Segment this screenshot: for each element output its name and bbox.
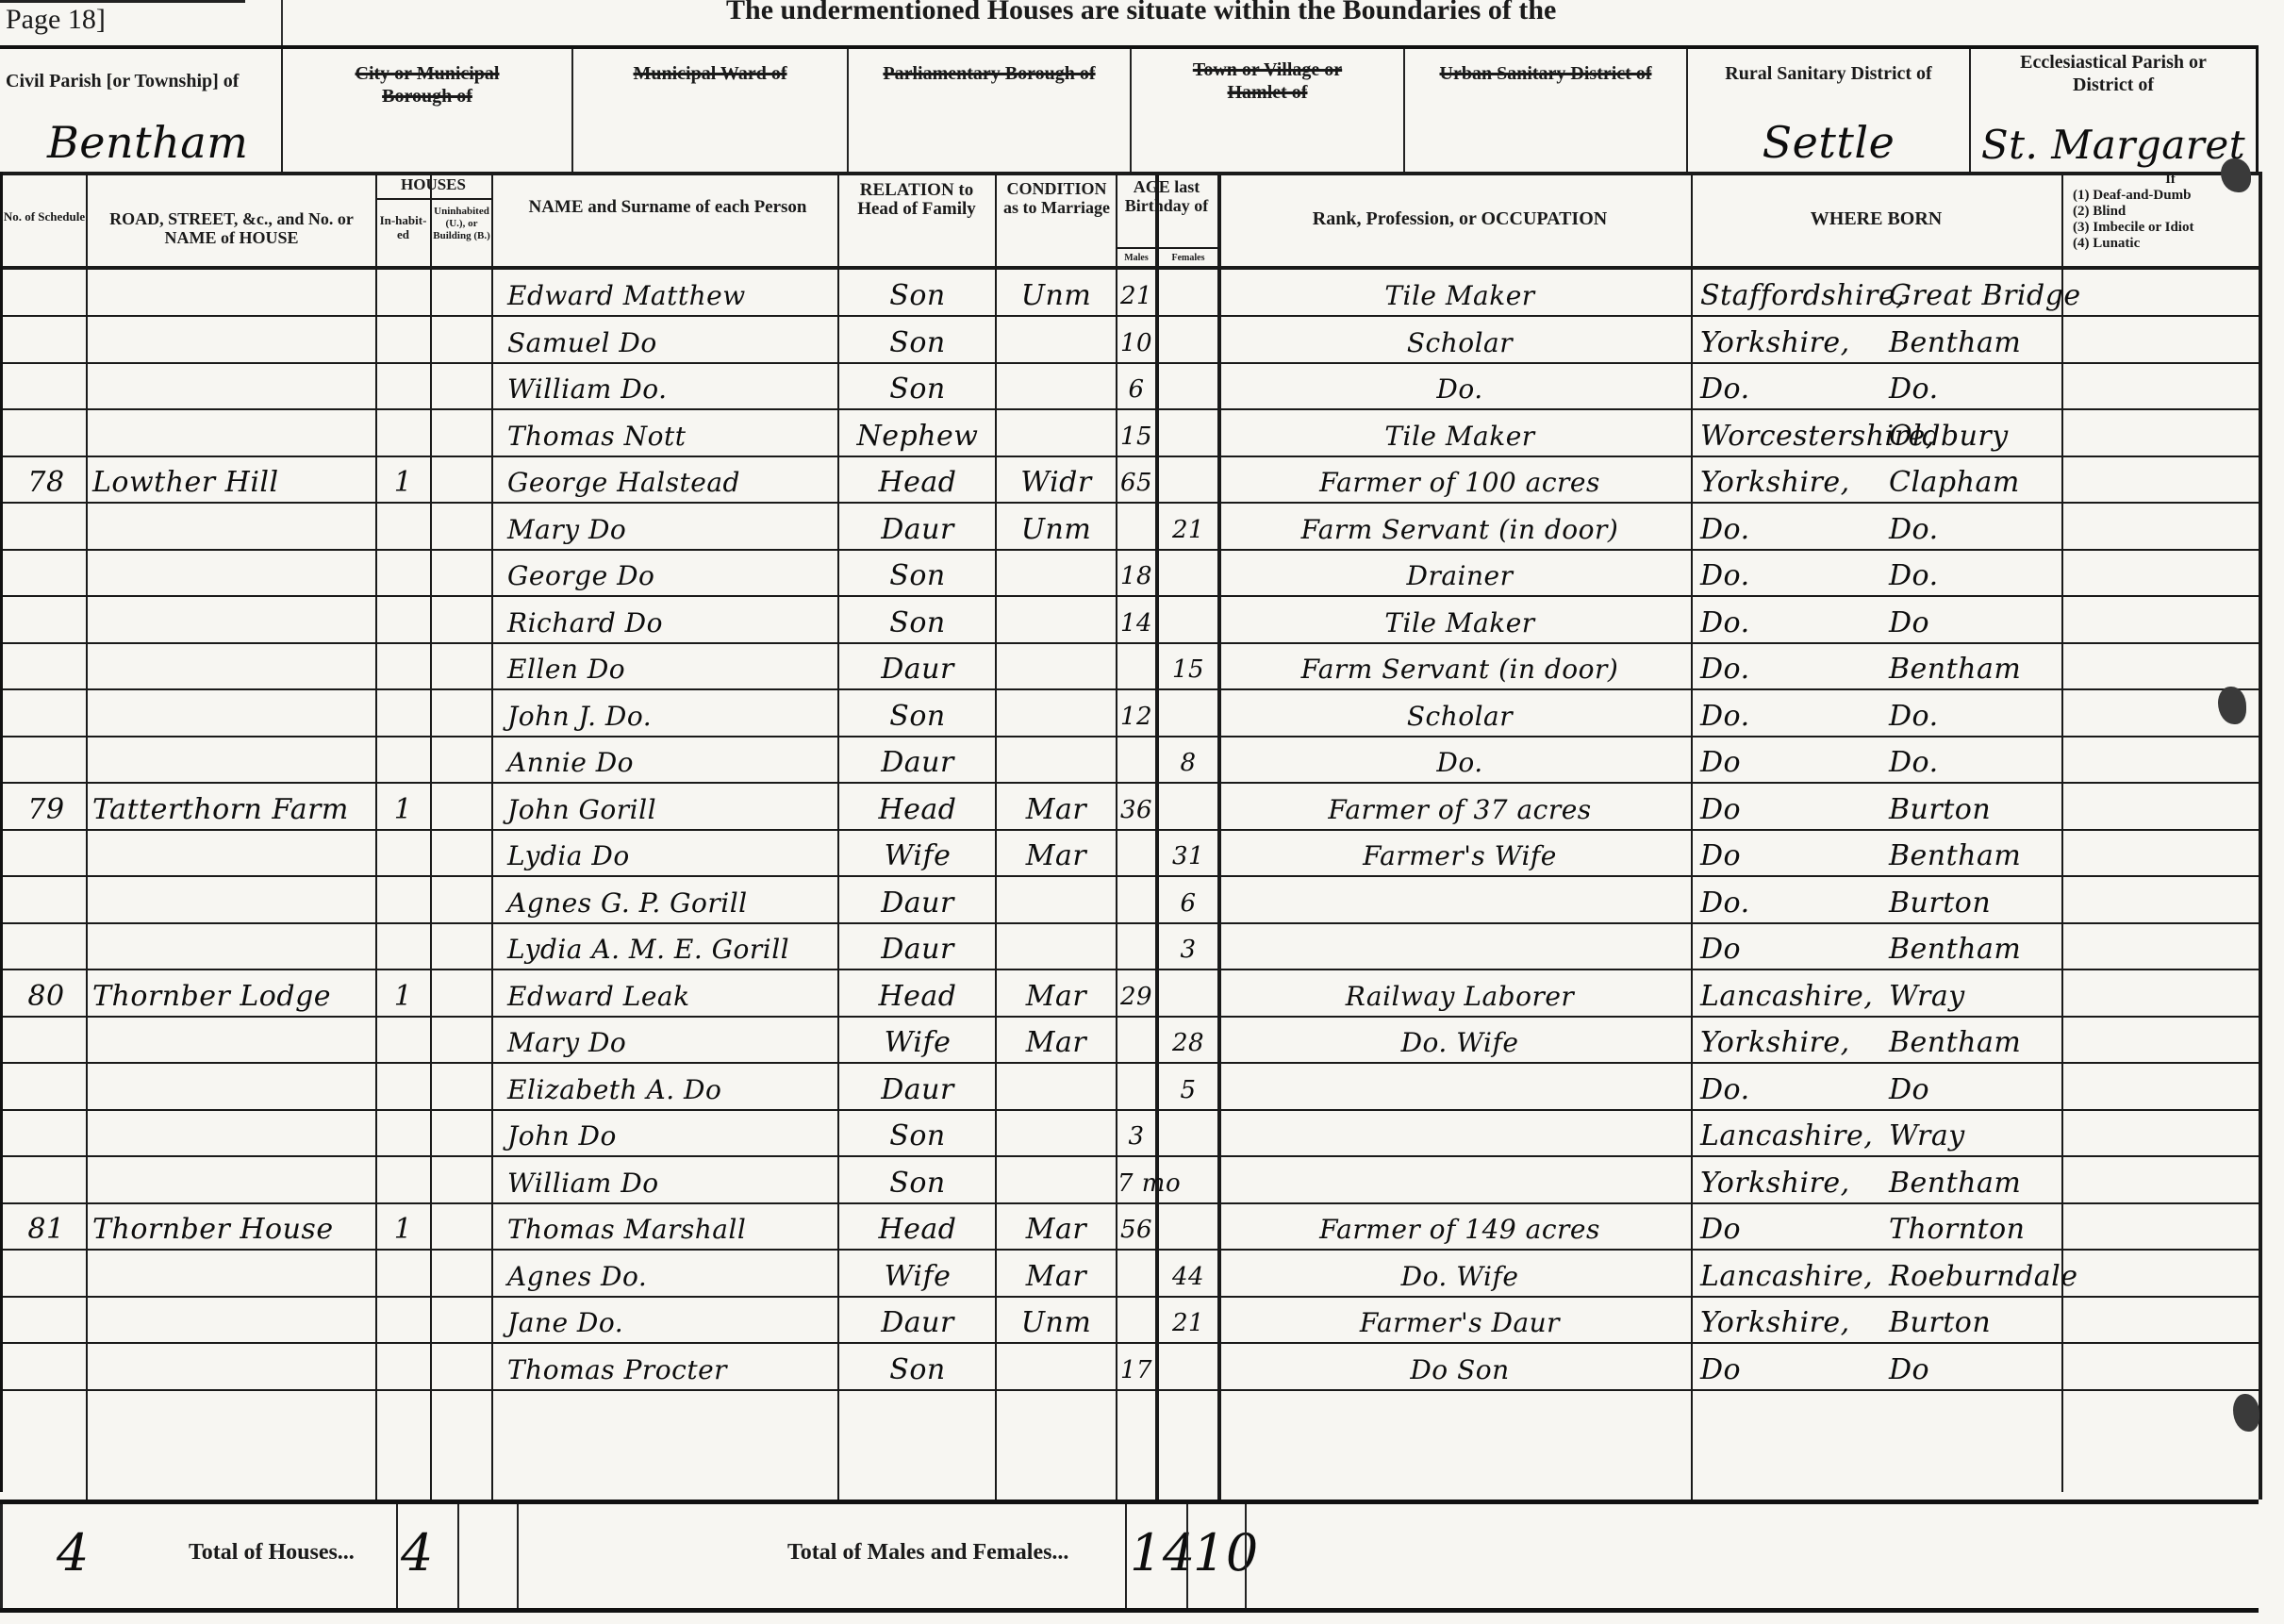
cell-born-county: Do — [1700, 1344, 1879, 1390]
table-row: John J. Do.Son12ScholarDo.Do. — [3, 690, 2261, 737]
cell-name: Edward Matthew — [507, 270, 837, 316]
table-row: Ellen DoDaur15Farm Servant (in door)Do.B… — [3, 643, 2261, 689]
cell-condition — [997, 737, 1116, 783]
cell-relation: Son — [840, 317, 995, 363]
cell-male-age: 65 — [1117, 456, 1155, 503]
cell-schedule — [8, 1110, 84, 1156]
cell-female-age: 44 — [1159, 1251, 1217, 1297]
cell-female-age: 3 — [1159, 923, 1217, 969]
cell-female-age — [1159, 410, 1217, 456]
cell-road — [92, 597, 371, 643]
header-name: NAME and Surname of each Person — [512, 198, 823, 217]
cell-occupation — [1238, 1157, 1681, 1203]
cell-born-place: Roeburndale — [1889, 1251, 2061, 1297]
cell-female-age: 21 — [1159, 504, 1217, 550]
cell-occupation: Tile Maker — [1238, 410, 1681, 456]
table-row: Agnes Do.WifeMar44Do. WifeLancashire,Roe… — [3, 1251, 2261, 1297]
cell-relation: Daur — [840, 504, 995, 550]
cell-condition — [997, 550, 1116, 596]
cell-male-age: 3 — [1117, 1110, 1155, 1156]
cell-born-place: Thornton — [1889, 1203, 2061, 1250]
page-number: Page 18] — [6, 4, 106, 36]
cell-female-age: 5 — [1159, 1064, 1217, 1110]
admin-header: Civil Parish [or Township] of Bentham Ci… — [0, 45, 2259, 175]
cell-born-place: Bentham — [1889, 317, 2061, 363]
cell-schedule — [8, 410, 84, 456]
cell-female-age — [1159, 1110, 1217, 1156]
cell-name: George Halstead — [507, 456, 837, 503]
cell-born-place: Bentham — [1889, 923, 2061, 969]
cell-female-age — [1159, 1344, 1217, 1390]
admin-parliamentary: Parliamentary Borough of — [849, 49, 1132, 172]
table-row: George DoSon18DrainerDo.Do. — [3, 550, 2261, 596]
cell-occupation: Tile Maker — [1238, 597, 1681, 643]
infirmity-item: (4) Lunatic — [2073, 236, 2268, 252]
cell-born-county: Lancashire, — [1700, 1110, 1879, 1156]
cell-born-place: Wray — [1889, 970, 2061, 1017]
cell-road — [92, 1157, 371, 1203]
admin-label: City or Municipal Borough of — [283, 62, 571, 108]
cell-female-age — [1159, 970, 1217, 1017]
cell-born-county: Do. — [1700, 877, 1879, 923]
cell-condition — [997, 317, 1116, 363]
cell-occupation: Tile Maker — [1238, 270, 1681, 316]
cell-female-age — [1159, 1203, 1217, 1250]
header-uninhabited: Uninhabited (U.), or Building (B.) — [432, 206, 491, 242]
cell-relation: Son — [840, 690, 995, 737]
cell-born-place: Oldbury — [1889, 410, 2061, 456]
cell-condition: Unm — [997, 504, 1116, 550]
table-row: Mary DoWifeMar28Do. WifeYorkshire,Bentha… — [3, 1017, 2261, 1063]
cell-condition: Mar — [997, 1251, 1116, 1297]
cell-relation: Daur — [840, 1064, 995, 1110]
cell-name: Elizabeth A. Do — [507, 1064, 837, 1110]
header-females: Females — [1159, 251, 1217, 265]
cell-born-place: Do — [1889, 1064, 2061, 1110]
cell-name: Agnes G. P. Gorill — [507, 877, 837, 923]
cell-relation: Wife — [840, 1251, 995, 1297]
cell-male-age — [1117, 643, 1155, 689]
cell-relation: Nephew — [840, 410, 995, 456]
cell-schedule — [8, 1017, 84, 1063]
cell-name: Lydia Do — [507, 830, 837, 876]
cell-name: John J. Do. — [507, 690, 837, 737]
table-row: Edward MatthewSonUnm21Tile MakerStafford… — [3, 270, 2261, 316]
cell-schedule: 80 — [8, 970, 84, 1017]
schedules-total: 4 — [57, 1523, 90, 1583]
cell-relation: Son — [840, 270, 995, 316]
cell-male-age — [1117, 877, 1155, 923]
cell-born-place: Bentham — [1889, 830, 2061, 876]
cell-inhabited — [376, 1110, 430, 1156]
cell-road — [92, 1064, 371, 1110]
cell-inhabited — [376, 1344, 430, 1390]
admin-ward: Municipal Ward of — [573, 49, 849, 172]
cell-female-age: 28 — [1159, 1017, 1217, 1063]
header-road: ROAD, STREET, &c., and No. or NAME of HO… — [88, 209, 375, 247]
cell-born-county: Do — [1700, 1203, 1879, 1250]
cell-road — [92, 830, 371, 876]
cell-born-county: Do — [1700, 923, 1879, 969]
cell-relation: Daur — [840, 923, 995, 969]
cell-name: Thomas Marshall — [507, 1203, 837, 1250]
cell-road — [92, 1344, 371, 1390]
cell-road: Tatterthorn Farm — [92, 784, 371, 830]
cell-relation: Son — [840, 597, 995, 643]
cell-born-county: Do — [1700, 830, 1879, 876]
admin-label: Civil Parish [or Township] of — [0, 70, 281, 92]
cell-born-county: Yorkshire, — [1700, 1157, 1879, 1203]
cell-road — [92, 690, 371, 737]
cell-name: Annie Do — [507, 737, 837, 783]
header-relation: RELATION to Head of Family — [838, 181, 995, 219]
cell-female-age: 8 — [1159, 737, 1217, 783]
row-divider — [375, 198, 491, 200]
cell-name: Jane Do. — [507, 1297, 837, 1343]
col-divider — [1245, 1504, 1247, 1608]
cell-condition — [997, 363, 1116, 409]
cell-male-age — [1117, 1064, 1155, 1110]
cell-condition: Mar — [997, 784, 1116, 830]
cell-born-county: Yorkshire, — [1700, 1297, 1879, 1343]
table-row: Mary DoDaurUnm21Farm Servant (in door)Do… — [3, 504, 2261, 550]
cell-occupation — [1238, 1110, 1681, 1156]
cell-born-county: Yorkshire, — [1700, 456, 1879, 503]
cell-schedule — [8, 923, 84, 969]
cell-male-age — [1117, 1297, 1155, 1343]
cell-name: Mary Do — [507, 504, 837, 550]
cell-male-age: 10 — [1117, 317, 1155, 363]
cell-condition — [997, 1157, 1116, 1203]
cell-occupation: Farmer of 149 acres — [1238, 1203, 1681, 1250]
table-row: 78Lowther Hill1George HalsteadHeadWidr65… — [3, 456, 2261, 503]
divider — [281, 0, 283, 45]
cell-schedule — [8, 1157, 84, 1203]
cell-male-age: 15 — [1117, 410, 1155, 456]
col-divider — [396, 1504, 398, 1608]
cell-inhabited — [376, 690, 430, 737]
cell-relation: Son — [840, 363, 995, 409]
cell-born-place: Do. — [1889, 550, 2061, 596]
cell-born-place: Do — [1889, 1344, 2061, 1390]
cell-occupation: Farm Servant (in door) — [1238, 504, 1681, 550]
admin-label: Municipal Ward of — [573, 62, 847, 85]
cell-born-place: Do. — [1889, 363, 2061, 409]
cell-occupation — [1238, 1064, 1681, 1110]
cell-occupation: Scholar — [1238, 317, 1681, 363]
cell-road: Lowther Hill — [92, 456, 371, 503]
cell-condition: Unm — [997, 270, 1116, 316]
cell-occupation: Do. — [1238, 363, 1681, 409]
page-banner: The undermentioned Houses are situate wi… — [726, 0, 1556, 26]
cell-occupation: Do. — [1238, 737, 1681, 783]
cell-name: Agnes Do. — [507, 1251, 837, 1297]
cell-condition — [997, 877, 1116, 923]
cell-born-county: Lancashire, — [1700, 1251, 1879, 1297]
row-divider — [1116, 247, 1217, 249]
cell-female-age — [1159, 597, 1217, 643]
cell-born-place: Burton — [1889, 877, 2061, 923]
cell-inhabited — [376, 877, 430, 923]
cell-road — [92, 1297, 371, 1343]
census-table: No. of Schedule ROAD, STREET, &c., and N… — [0, 172, 2261, 1492]
cell-condition: Widr — [997, 456, 1116, 503]
cell-occupation: Scholar — [1238, 690, 1681, 737]
cell-road — [92, 643, 371, 689]
cell-occupation — [1238, 877, 1681, 923]
cell-female-age: 6 — [1159, 877, 1217, 923]
cell-occupation — [1238, 923, 1681, 969]
cell-female-age — [1159, 363, 1217, 409]
cell-relation: Daur — [840, 877, 995, 923]
table-row: Thomas NottNephew15Tile MakerWorcestersh… — [3, 410, 2261, 456]
cell-schedule — [8, 597, 84, 643]
cell-name: George Do — [507, 550, 837, 596]
cell-name: John Gorill — [507, 784, 837, 830]
cell-born-place: Burton — [1889, 784, 2061, 830]
houses-total: 4 — [401, 1523, 434, 1583]
admin-urban: Urban Sanitary District of — [1405, 49, 1688, 172]
table-row: 81Thornber House1Thomas MarshallHeadMar5… — [3, 1203, 2261, 1250]
cell-name: William Do. — [507, 363, 837, 409]
cell-born-place: Great Bridge — [1889, 270, 2061, 316]
cell-condition — [997, 690, 1116, 737]
cell-male-age — [1117, 830, 1155, 876]
cell-inhabited — [376, 737, 430, 783]
cell-inhabited — [376, 270, 430, 316]
cell-name: John Do — [507, 1110, 837, 1156]
cell-inhabited — [376, 643, 430, 689]
cell-inhabited — [376, 1064, 430, 1110]
cell-born-place: Do. — [1889, 504, 2061, 550]
cell-born-place: Clapham — [1889, 456, 2061, 503]
table-row: Lydia A. M. E. GorillDaur3DoBentham — [3, 923, 2261, 969]
cell-schedule — [8, 317, 84, 363]
cell-name: Samuel Do — [507, 317, 837, 363]
table-row: Thomas ProcterSon17Do SonDoDo — [3, 1344, 2261, 1390]
header-males: Males — [1116, 251, 1157, 265]
infirmity-item: (3) Imbecile or Idiot — [2073, 220, 2268, 236]
infirmity-item: (2) Blind — [2073, 204, 2268, 220]
totals-row: 4 Total of Houses... 4 Total of Males an… — [0, 1500, 2259, 1613]
cell-road — [92, 923, 371, 969]
admin-ecclesiastical: Ecclesiastical Parish or District of St.… — [1971, 49, 2259, 172]
cell-condition: Unm — [997, 1297, 1116, 1343]
cell-condition — [997, 923, 1116, 969]
cell-schedule: 79 — [8, 784, 84, 830]
cell-schedule — [8, 643, 84, 689]
cell-born-county: Do. — [1700, 690, 1879, 737]
cell-inhabited — [376, 550, 430, 596]
admin-city: City or Municipal Borough of — [283, 49, 573, 172]
cell-road: Thornber House — [92, 1203, 371, 1250]
table-row: Samuel DoSon10ScholarYorkshire,Bentham — [3, 317, 2261, 363]
cell-schedule — [8, 1344, 84, 1390]
cell-relation: Head — [840, 970, 995, 1017]
col-divider — [1186, 1504, 1188, 1608]
col-divider — [517, 1504, 519, 1608]
table-row: 79Tatterthorn Farm1John GorillHeadMar36F… — [3, 784, 2261, 830]
cell-condition — [997, 1344, 1116, 1390]
cell-female-age — [1159, 456, 1217, 503]
cell-name: Mary Do — [507, 1017, 837, 1063]
cell-name: William Do — [507, 1157, 837, 1203]
cell-male-age: 12 — [1117, 690, 1155, 737]
admin-label: Town or Village or Hamlet of — [1132, 58, 1403, 104]
cell-inhabited: 1 — [376, 784, 430, 830]
cell-condition: Mar — [997, 970, 1116, 1017]
cell-relation: Wife — [840, 830, 995, 876]
cell-born-place: Bentham — [1889, 643, 2061, 689]
cell-born-county: Do. — [1700, 363, 1879, 409]
cell-male-age: 56 — [1117, 1203, 1155, 1250]
cell-schedule: 78 — [8, 456, 84, 503]
cell-female-age — [1159, 317, 1217, 363]
cell-born-place: Do. — [1889, 690, 2061, 737]
table-row: John DoSon3Lancashire,Wray — [3, 1110, 2261, 1156]
admin-civil-parish: Civil Parish [or Township] of Bentham — [0, 49, 283, 172]
cell-female-age: 31 — [1159, 830, 1217, 876]
cell-name: Edward Leak — [507, 970, 837, 1017]
admin-town: Town or Village or Hamlet of — [1132, 49, 1405, 172]
cell-occupation: Railway Laborer — [1238, 970, 1681, 1017]
cell-road — [92, 1251, 371, 1297]
cell-relation: Son — [840, 1110, 995, 1156]
cell-schedule — [8, 504, 84, 550]
cell-female-age: 21 — [1159, 1297, 1217, 1343]
cell-road — [92, 363, 371, 409]
cell-inhabited: 1 — [376, 456, 430, 503]
cell-road — [92, 317, 371, 363]
admin-value: Settle — [1688, 117, 1969, 168]
census-page: Page 18] The undermentioned Houses are s… — [0, 0, 2284, 1624]
cell-condition — [997, 597, 1116, 643]
cell-male-age: 17 — [1117, 1344, 1155, 1390]
cell-schedule — [8, 877, 84, 923]
cell-schedule — [8, 1297, 84, 1343]
cell-born-place: Bentham — [1889, 1157, 2061, 1203]
cell-road — [92, 504, 371, 550]
cell-inhabited: 1 — [376, 1203, 430, 1250]
cell-male-age — [1117, 923, 1155, 969]
cell-road — [92, 737, 371, 783]
cell-born-county: Do — [1700, 784, 1879, 830]
table-row: William DoSon7 moYorkshire,Bentham — [3, 1157, 2261, 1203]
cell-inhabited — [376, 410, 430, 456]
cell-schedule — [8, 1251, 84, 1297]
header-age: AGE last Birthday of — [1116, 177, 1217, 215]
cell-occupation: Farmer's Wife — [1238, 830, 1681, 876]
cell-born-county: Yorkshire, — [1700, 1017, 1879, 1063]
persons-total-label: Total of Males and Females... — [787, 1540, 1068, 1566]
header-occupation: Rank, Profession, or OCCUPATION — [1238, 209, 1681, 228]
cell-born-county: Do. — [1700, 504, 1879, 550]
cell-condition: Mar — [997, 1203, 1116, 1250]
admin-label: Parliamentary Borough of — [849, 62, 1130, 85]
cell-male-age: 7 mo — [1117, 1157, 1155, 1203]
header-where-born: WHERE BORN — [1691, 209, 2061, 228]
cell-inhabited — [376, 363, 430, 409]
cell-inhabited — [376, 1297, 430, 1343]
table-row: William Do.Son6Do.Do.Do. — [3, 363, 2261, 409]
cell-road: Thornber Lodge — [92, 970, 371, 1017]
cell-occupation: Farmer's Daur — [1238, 1297, 1681, 1343]
table-row: 80Thornber Lodge1Edward LeakHeadMar29Rai… — [3, 970, 2261, 1017]
cell-schedule — [8, 690, 84, 737]
cell-schedule — [8, 830, 84, 876]
cell-inhabited — [376, 1157, 430, 1203]
cell-inhabited — [376, 1251, 430, 1297]
cell-road — [92, 270, 371, 316]
cell-occupation: Drainer — [1238, 550, 1681, 596]
cell-inhabited — [376, 597, 430, 643]
cell-road — [92, 550, 371, 596]
cell-male-age: 6 — [1117, 363, 1155, 409]
cell-inhabited — [376, 317, 430, 363]
admin-value: Bentham — [0, 117, 281, 168]
cell-occupation: Do Son — [1238, 1344, 1681, 1390]
cell-schedule — [8, 1064, 84, 1110]
cell-relation: Daur — [840, 1297, 995, 1343]
header-schedule: No. of Schedule — [3, 209, 86, 224]
cell-name: Thomas Procter — [507, 1344, 837, 1390]
cell-relation: Head — [840, 784, 995, 830]
table-row: Lydia DoWifeMar31Farmer's WifeDoBentham — [3, 830, 2261, 876]
col-divider — [457, 1504, 459, 1608]
table-row: Jane Do.DaurUnm21Farmer's DaurYorkshire,… — [3, 1297, 2261, 1343]
cell-born-county: Do. — [1700, 550, 1879, 596]
cell-female-age — [1159, 690, 1217, 737]
cell-born-county: Do. — [1700, 597, 1879, 643]
cell-male-age: 36 — [1117, 784, 1155, 830]
cell-inhabited — [376, 1017, 430, 1063]
cell-male-age — [1117, 504, 1155, 550]
cell-road — [92, 410, 371, 456]
cell-relation: Daur — [840, 737, 995, 783]
cell-female-age: 15 — [1159, 643, 1217, 689]
cell-female-age — [1159, 550, 1217, 596]
cell-relation: Head — [840, 1203, 995, 1250]
cell-born-place: Bentham — [1889, 1017, 2061, 1063]
cell-road — [92, 1017, 371, 1063]
admin-label: Urban Sanitary District of — [1405, 62, 1686, 85]
cell-occupation: Do. Wife — [1238, 1017, 1681, 1063]
cell-name: Ellen Do — [507, 643, 837, 689]
cell-born-place: Do. — [1889, 737, 2061, 783]
cell-inhabited — [376, 830, 430, 876]
admin-value: St. Margaret — [1971, 122, 2256, 168]
cell-born-county: Do. — [1700, 643, 1879, 689]
cell-male-age: 18 — [1117, 550, 1155, 596]
cell-condition — [997, 1110, 1116, 1156]
cell-born-county: Worcestershire, — [1700, 410, 1879, 456]
row-divider — [3, 172, 2261, 175]
cell-born-place: Do — [1889, 597, 2061, 643]
cell-condition: Mar — [997, 1017, 1116, 1063]
cell-relation: Daur — [840, 643, 995, 689]
cell-male-age — [1117, 737, 1155, 783]
cell-road — [92, 1110, 371, 1156]
cell-road — [92, 877, 371, 923]
cell-occupation: Do. Wife — [1238, 1251, 1681, 1297]
col-divider — [1125, 1504, 1127, 1608]
females-total: 10 — [1193, 1523, 1259, 1583]
cell-female-age — [1159, 1157, 1217, 1203]
top-rule — [0, 0, 245, 3]
cell-born-county: Yorkshire, — [1700, 317, 1879, 363]
cell-schedule — [8, 270, 84, 316]
cell-born-county: Do. — [1700, 1064, 1879, 1110]
